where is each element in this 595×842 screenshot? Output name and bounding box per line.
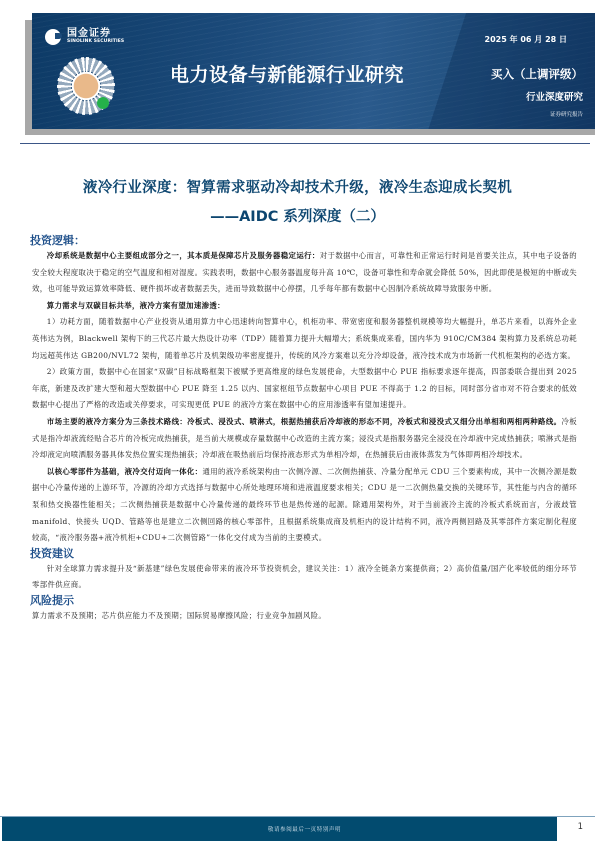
paragraph-investment-advice: 针对全球算力需求提升及“新基建”绿色发展使命带来的液冷环节投资机会，建议关注：1… <box>32 561 577 594</box>
rating-badge: 买入（上调评级） <box>491 66 583 82</box>
report-type: 行业深度研究 <box>526 89 583 103</box>
company-name-cn: 国金证券 <box>67 28 124 39</box>
paragraph-power-consumption: 1）功耗方面，随着数据中心产业投资从通用算力中心迅速转向智算中心，机柜功率、带宽… <box>32 314 577 364</box>
document-title: 液冷行业深度：智算需求驱动冷却技术升级，液冷生态迎成长契机 <box>0 176 595 197</box>
footer-bar: 敬请参阅最后一页特别声明 <box>2 817 557 841</box>
company-logo: 国金证券 SINOLINK SECURITIES <box>45 28 124 45</box>
paragraph-risk: 算力需求不及预期；芯片供应能力不及预期；国际贸易摩擦风险；行业竞争加剧风险。 <box>32 608 577 625</box>
paragraph-core-components: 以核心零部件为基础，液冷交付迈向一体化：通用的液冷系统架构由一次侧冷源、二次侧热… <box>32 464 577 547</box>
page-number: 1 <box>578 822 583 832</box>
company-name-en: SINOLINK SECURITIES <box>67 39 124 45</box>
paragraph-tech-routes: 市场主要的液冷方案分为三条技术路线：冷板式、浸没式、喷淋式，根据热捕获后冷却液的… <box>32 414 577 464</box>
section-heading-investment-advice: 投资建议 <box>30 547 577 561</box>
sinolink-logo-icon <box>45 29 61 45</box>
paragraph-cooling-system: 冷却系统是数据中心主要组成部分之一，其本质是保障芯片及服务器稳定运行：对于数据中… <box>32 248 577 298</box>
paragraph-demand-heading: 算力需求与双碳目标共举，液冷方案有望加速渗透： <box>32 298 577 315</box>
paragraph-lead: 市场主要的液冷方案分为三条技术路线：冷板式、浸没式、喷淋式，根据热捕获后冷却液的… <box>47 417 562 426</box>
report-category: 证券研究报告 <box>550 110 583 118</box>
paragraph-lead: 以核心零部件为基础，液冷交付迈向一体化： <box>47 467 203 476</box>
section-heading-investment-logic: 投资逻辑： <box>30 234 577 248</box>
paragraph-lead: 冷却系统是数据中心主要组成部分之一，其本质是保障芯片及服务器稳定运行： <box>47 251 320 260</box>
paragraph-lead: 算力需求与双碳目标共举，液冷方案有望加速渗透： <box>47 301 225 310</box>
industry-title: 电力设备与新能源行业研究 <box>170 60 404 87</box>
paragraph-text: 通用的液冷系统架构由一次侧冷源、二次侧热捕获、冷量分配单元 CDU 三个要素构成… <box>32 467 577 542</box>
report-date: 2025 年 06 月 28 日 <box>485 34 567 45</box>
document-subtitle: ——AIDC 系列深度（二） <box>0 205 595 226</box>
report-body: 投资逻辑： 冷却系统是数据中心主要组成部分之一，其本质是保障芯片及服务器稳定运行… <box>32 234 577 624</box>
disclaimer-note: 敬请参阅最后一页特别声明 <box>268 825 341 833</box>
header-divider <box>20 143 590 144</box>
paragraph-policy: 2）政策方面，数据中心在国家“双碳”目标战略框架下被赋予更高维度的绿色发展使命，… <box>32 364 577 414</box>
wechat-miniprogram-icon <box>97 97 109 109</box>
section-heading-risk: 风险提示 <box>30 594 577 608</box>
